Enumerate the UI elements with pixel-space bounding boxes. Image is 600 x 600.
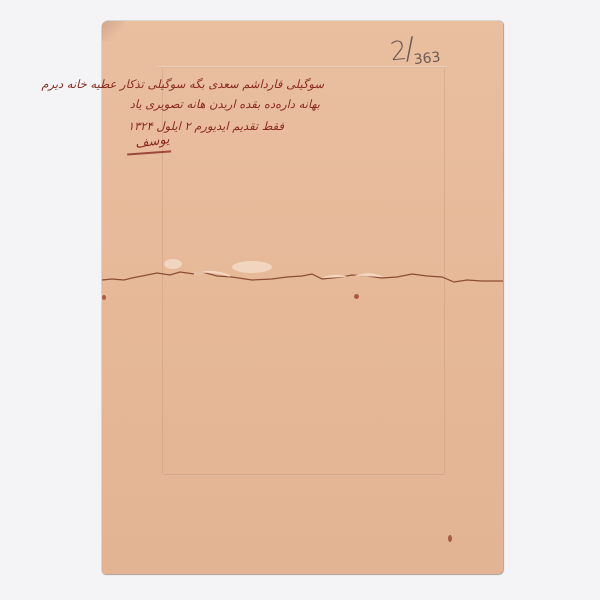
catalog-number-minor: 363 (413, 49, 441, 68)
stain-spot (448, 535, 452, 542)
stain-spot (102, 295, 106, 300)
signature-name: یوسف (134, 132, 170, 152)
horizontal-tear (102, 259, 503, 293)
inscription-line: سوگیلی قارداشم سعدی بگه سوگیلی تذکار عطی… (104, 76, 324, 92)
inscription-line: بهانه داره‌ده بقده اربدن هانه تصویری یاد (104, 96, 320, 112)
tear-line-icon (102, 259, 503, 293)
photo-mount-card: 2/363 سوگیلی قارداشم سعدی بگه سوگیلی تذک… (102, 21, 503, 574)
pencil-catalog-number: 2/363 (388, 29, 441, 69)
signature-flourish (127, 150, 171, 155)
signature: یوسف (125, 132, 171, 157)
paper-flake (232, 261, 272, 273)
embossed-frame-bottom (164, 474, 444, 476)
stain-spot (354, 294, 359, 299)
inscription-line: فقط تقدیم ایدیورم ۲ ایلول ۱۳۲۴ (104, 118, 284, 134)
corner-wear (102, 21, 124, 41)
handwritten-inscription: سوگیلی قارداشم سعدی بگه سوگیلی تذکار عطی… (104, 76, 324, 134)
paper-flake (164, 259, 182, 269)
